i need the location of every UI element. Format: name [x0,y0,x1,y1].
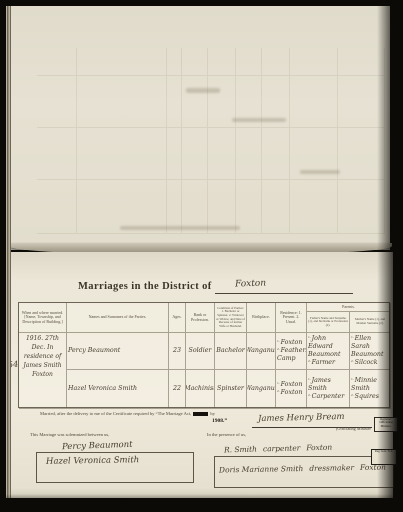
groom-name: Percy Beaumont [68,347,167,355]
witness-2-occupation: dressmaker [309,463,354,473]
bride-age: 22 [173,385,181,393]
groom-rank-cell: Soldier [186,333,215,370]
ink-bleed-smudge [120,226,240,230]
page-stack-edge [6,6,11,498]
bride-signature: Hazel Veronica Smith [46,455,139,467]
groom-residence-present: Foxton [281,339,303,346]
groom-birthplace-cell: Wanganui [247,333,276,370]
column-header-residence: Residence: 1. Present. 2. Usual. [276,303,307,333]
printed-number-2: 2. [351,393,354,397]
witness-2-name: Doris Marianne Smith [219,464,303,474]
groom-condition: Bachelor [216,347,245,355]
printed-number-1: 1. [351,335,354,339]
bride-father-cell: 1.James Smith 2.Carpenter [307,370,350,409]
ink-strikeout [193,412,208,416]
column-header-father: Father's Name and Surname (1), and his R… [307,312,350,333]
groom-residence-usual: Featherston Camp [277,347,307,362]
entry-place-line: Foxton [32,371,53,378]
bride-rank-cell: Machinist [186,370,215,409]
bleed-through-table-grid [37,48,385,234]
bride-condition-cell: Spinster [215,370,247,409]
bride-mother-maiden: Squires [355,393,379,400]
entry-year: 1916. [26,335,43,342]
book-edge-shadow-right [377,0,403,512]
printed-number-1: 1. [308,377,311,381]
printed-number-2: 2. [277,347,280,351]
witness-1-residence: Foxton [306,443,332,453]
entry-place-line: of [55,353,61,360]
printed-number-1: 1. [351,377,354,381]
bride-rank: Machinist [186,385,215,393]
groom-father-name: John Edward Beaumont [308,335,341,358]
bride-age-cell: 22 [169,370,186,409]
register-book-photo: Marriages in the District of Foxton 54 W… [0,0,403,512]
printed-number-1: 1. [308,335,311,339]
entry-place-line: James Smith [23,362,61,369]
previous-page-verso [9,6,390,250]
groom-age-cell: 23 [169,333,186,370]
groom-condition-cell: Bachelor [215,333,247,370]
page-title: Marriages in the District of [78,281,212,292]
witness-1-name: R. Smith [224,445,257,455]
printed-number-1: 1. [277,339,280,343]
marriage-register-table: When and where married. [Name, Township,… [18,302,390,408]
ink-bleed-smudge [186,88,220,93]
witness-1-occupation: carpenter [263,443,301,453]
groom-residence-cell: 1.Foxton 2.Featherston Camp [276,333,307,370]
groom-mother-maiden: Silcock [355,359,378,366]
bride-condition: Spinster [217,385,244,393]
district-handwritten: Foxton [235,278,266,289]
bride-residence-present: Foxton [281,381,303,388]
column-header-birthplace: Birthplace. [247,303,276,333]
column-header-when-where: When and where married. [Name, Township,… [19,303,67,333]
officiating-minister-label: (Officiating Minister [336,426,371,431]
groom-father-cell: 1.John Edward Beaumont 2.Farmer [307,333,350,370]
printed-number-2: 2. [308,359,311,363]
bride-residence-cell: 1.Foxton 2.Foxton [276,370,307,409]
column-header-names: Names and Surnames of the Parties. [67,303,169,333]
bride-name: Hazel Veronica Smith [68,385,167,393]
district-underline: Foxton [215,280,353,294]
bride-birthplace-cell: Wanganui [247,370,276,409]
bride-father-rank: Carpenter [312,393,345,400]
column-header-ages: Ages. [169,303,186,333]
book-edge-shadow-bottom [0,494,403,512]
presence-label: In the presence of us, [207,432,246,437]
column-header-rank: Rank or Profession. [186,303,215,333]
ink-bleed-smudge [232,118,286,122]
groom-birthplace: Wanganui [247,347,276,355]
bride-residence-usual: Foxton [281,389,303,396]
bride-mother-name: Minnie Smith [351,377,377,392]
column-header-condition: Condition of Parties: 1. Bachelor or Spi… [215,303,247,333]
ink-bleed-smudge [300,170,340,174]
printed-number-1: 1. [277,381,280,385]
solemnized-label: This Marriage was solemnized between us, [30,432,109,437]
bride-father-name: James Smith [308,377,331,392]
printed-number-2: 2. [308,393,311,397]
printed-number-2: 2. [277,389,280,393]
groom-age: 23 [173,347,181,355]
bride-birthplace: Wanganui [247,385,276,393]
when-where-entry: 1916. 27th Dec. In residence of James Sm… [19,333,67,409]
bride-name-cell: Hazel Veronica Smith [67,370,169,409]
groom-father-rank: Farmer [312,359,335,366]
married-statement-text: Married, after the delivery to me of the… [40,411,191,416]
printed-number-2: 2. [351,359,354,363]
groom-rank: Soldier [189,347,212,355]
by-word: by [210,411,215,416]
marriage-act-year: 1908.” [212,418,227,424]
groom-name-cell: Percy Beaumont [67,333,169,370]
